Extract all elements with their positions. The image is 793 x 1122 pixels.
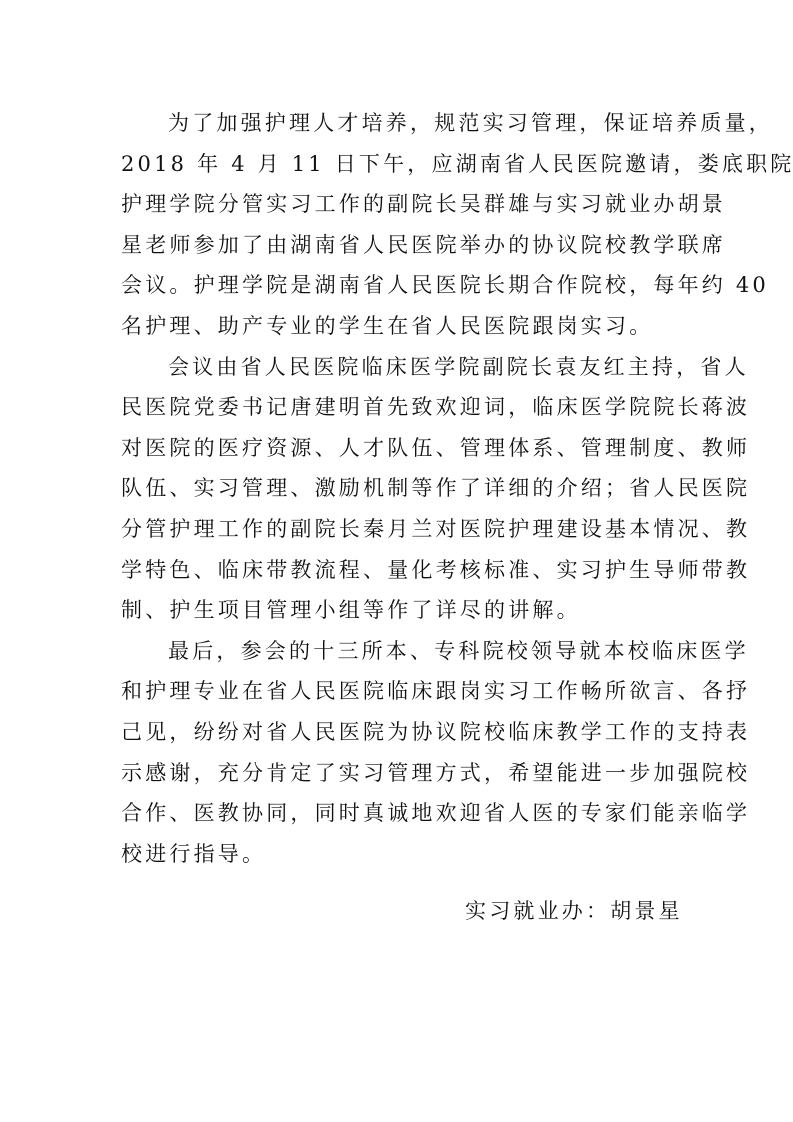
text-line: 队伍、实习管理、激励机制等作了详细的介绍；省人民医院 <box>121 468 673 509</box>
text-line: 示感谢，充分肯定了实习管理方式，希望能进一步加强院校 <box>121 753 673 794</box>
text-line: 合作、医教协同，同时真诚地欢迎省人医的专家们能亲临学 <box>121 793 673 834</box>
text-line: 2018 年 4 月 11 日下午，应湖南省人民医院邀请，娄底职院 <box>121 144 673 185</box>
text-line: 和护理专业在省人民医院临床跟岗实习工作畅所欲言、各抒 <box>121 671 673 712</box>
text-line: 民医院党委书记唐建明首先致欢迎词，临床医学院院长蒋波 <box>121 387 673 428</box>
text-line: 星老师参加了由湖南省人民医院举办的协议院校教学联席 <box>121 225 673 266</box>
text-line: 护理学院分管实习工作的副院长吴群雄与实习就业办胡景 <box>121 184 673 225</box>
paragraph-3: 最后，参会的十三所本、专科院校领导就本校临床医学 和护理专业在省人民医院临床跟岗… <box>121 631 673 875</box>
paragraph-2: 会议由省人民医院临床医学院副院长袁友红主持，省人 民医院党委书记唐建明首先致欢迎… <box>121 347 673 631</box>
text-line: 分管护理工作的副院长秦月兰对医院护理建设基本情况、教 <box>121 509 673 550</box>
text-line: 制、护生项目管理小组等作了详尽的讲解。 <box>121 590 673 631</box>
author-signature: 实习就业办：胡景星 <box>465 891 683 931</box>
text-line: 会议。护理学院是湖南省人民医院长期合作院校，每年约 40 <box>121 265 673 306</box>
text-line: 对医院的医疗资源、人才队伍、管理体系、管理制度、教师 <box>121 428 673 469</box>
text-line: 己见，纷纷对省人民医院为协议院校临床教学工作的支持表 <box>121 712 673 753</box>
text-line: 最后，参会的十三所本、专科院校领导就本校临床医学 <box>121 631 673 672</box>
text-line: 名护理、助产专业的学生在省人民医院跟岗实习。 <box>121 306 673 347</box>
text-line: 会议由省人民医院临床医学院副院长袁友红主持，省人 <box>121 347 673 388</box>
article-body: 为了加强护理人才培养，规范实习管理，保证培养质量， 2018 年 4 月 11 … <box>121 103 673 874</box>
paragraph-1: 为了加强护理人才培养，规范实习管理，保证培养质量， 2018 年 4 月 11 … <box>121 103 673 347</box>
text-line: 学特色、临床带教流程、量化考核标准、实习护生导师带教 <box>121 550 673 591</box>
text-line: 为了加强护理人才培养，规范实习管理，保证培养质量， <box>121 103 673 144</box>
text-line: 校进行指导。 <box>121 834 673 875</box>
document-page: 为了加强护理人才培养，规范实习管理，保证培养质量， 2018 年 4 月 11 … <box>0 0 793 1122</box>
